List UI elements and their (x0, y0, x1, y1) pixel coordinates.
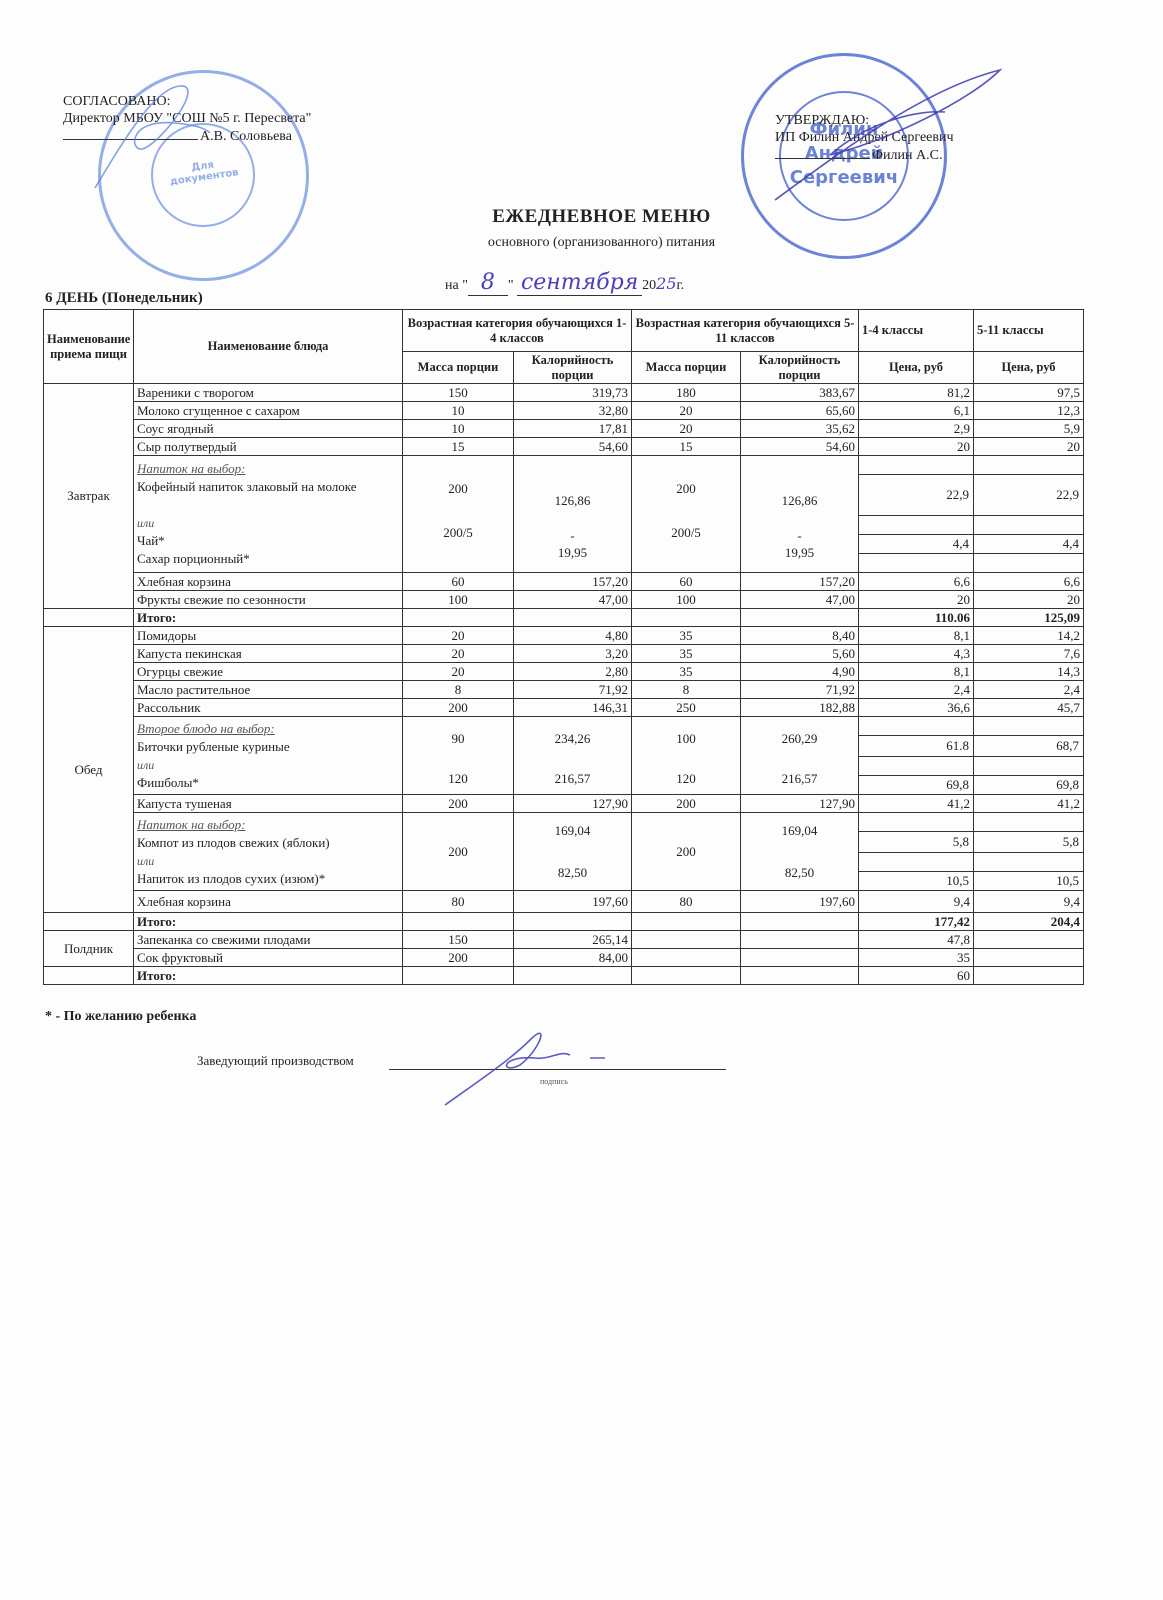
price-value: 4,4 (859, 535, 973, 554)
price-1-4: 2,4 (859, 681, 974, 699)
price-value: 69,8 (859, 776, 973, 794)
mass-5-11: 100120 (632, 717, 741, 795)
calories-5-11: 260,29216,57 (741, 717, 859, 795)
dish-option: Биточки рубленые куриные (137, 738, 399, 756)
table-row: ЗавтракВареники с творогом150319,7318038… (44, 384, 1084, 402)
table-row: Сыр полутвердый1554,601554,602020 (44, 438, 1084, 456)
empty-cell (741, 609, 859, 627)
header-meal: Наименование приема пищи (44, 310, 134, 384)
dish-choice: Напиток на выбор:Компот из плодов свежих… (134, 813, 403, 891)
dish-line (517, 846, 628, 858)
price-empty (974, 516, 1083, 535)
calories-5-11: 182,88 (741, 699, 859, 717)
dish-name: Соус ягодный (134, 420, 403, 438)
total-label: Итого: (134, 913, 403, 931)
table-row: ПолдникЗапеканка со свежими плодами15026… (44, 931, 1084, 949)
or-label: или (137, 514, 399, 532)
price-value: 22,9 (974, 475, 1083, 516)
dish-name: Капуста тушеная (134, 795, 403, 813)
price-5-11: 68,769,8 (974, 717, 1084, 795)
dish-option: Напиток из плодов сухих (изюм)* (137, 870, 399, 888)
table-row: Капуста пекинская203,20355,604,37,6 (44, 645, 1084, 663)
dish-line: 82,50 (744, 858, 855, 888)
price-value: 22,9 (859, 475, 973, 516)
dish-name: Запеканка со свежими плодами (134, 931, 403, 949)
meal-cell-empty (44, 913, 134, 931)
header-calories-2: Калорийность порции (741, 352, 859, 384)
price-value: 68,7 (974, 736, 1083, 757)
price-1-4: 35 (859, 949, 974, 967)
total-label: Итого: (134, 609, 403, 627)
table-row: Хлебная корзина80197,6080197,609,49,4 (44, 891, 1084, 913)
meal-snack: Полдник (44, 931, 134, 967)
calories-5-11: 383,67 (741, 384, 859, 402)
mass-1-4: 8 (403, 681, 514, 699)
dish-line (406, 758, 510, 766)
table-row-second-course-choice: Второе блюдо на выбор:Биточки рубленые к… (44, 717, 1084, 795)
price-empty (859, 717, 973, 736)
dish-name: Вареники с творогом (134, 384, 403, 402)
price-value: 5,8 (859, 832, 973, 853)
dish-option: Сахар порционный* (137, 550, 399, 568)
dish-name: Огурцы свежие (134, 663, 403, 681)
header-price-1-4: 1-4 классы (859, 310, 974, 352)
mass-5-11: 100 (632, 591, 741, 609)
mass-5-11: 250 (632, 699, 741, 717)
mass-1-4: 20 (403, 627, 514, 645)
calories-5-11: 35,62 (741, 420, 859, 438)
menu-table: Наименование приема пищи Наименование бл… (43, 309, 1084, 985)
mass-5-11: 35 (632, 627, 741, 645)
price-5-11: 20 (974, 591, 1084, 609)
calories-5-11: 4,90 (741, 663, 859, 681)
date-year: 25 (656, 274, 676, 293)
empty-cell (632, 609, 741, 627)
dish-line: 169,04 (744, 816, 855, 846)
price-empty (859, 813, 973, 832)
price-empty (859, 456, 973, 475)
header-price-1: Цена, руб (859, 352, 974, 384)
mass-5-11: 80 (632, 891, 741, 913)
dish-name: Помидоры (134, 627, 403, 645)
choice-label: Напиток на выбор: (137, 460, 399, 478)
menu-date: на "8" сентября2025г. (445, 270, 684, 296)
price-1-4: 2,9 (859, 420, 974, 438)
price-5-11: 2,4 (974, 681, 1084, 699)
mass-1-4: 200 (403, 699, 514, 717)
dish-line: 216,57 (517, 766, 628, 792)
total-price-1-4: 110.06 (859, 609, 974, 627)
dish-name: Молоко сгущенное с сахаром (134, 402, 403, 420)
dish-line: 126,86 (744, 492, 855, 510)
date-day: 8 (468, 270, 508, 296)
calories-1-4: 126,86-19,95 (514, 456, 632, 573)
calories-1-4: 4,80 (514, 627, 632, 645)
meal-cell-empty (44, 967, 134, 985)
header-calories-1: Калорийность порции (514, 352, 632, 384)
total-price-5-11: 204,4 (974, 913, 1084, 931)
meal-lunch: Обед (44, 627, 134, 913)
total-price-5-11 (974, 967, 1084, 985)
header-mass-2: Масса порции (632, 352, 741, 384)
price-5-11: 20 (974, 438, 1084, 456)
empty-cell (514, 967, 632, 985)
dish-line (744, 758, 855, 766)
mass-5-11: 35 (632, 663, 741, 681)
dish-line: 260,29 (744, 720, 855, 758)
mass-5-11: 20 (632, 420, 741, 438)
calories-1-4: 54,60 (514, 438, 632, 456)
calories-1-4: 32,80 (514, 402, 632, 420)
calories-1-4: 127,90 (514, 795, 632, 813)
meal-breakfast: Завтрак (44, 384, 134, 609)
page-title: ЕЖЕДНЕВНОЕ МЕНЮ (0, 206, 1163, 228)
price-1-4: 20 (859, 591, 974, 609)
dish-name: Сыр полутвердый (134, 438, 403, 456)
header-group-5-11: Возрастная категория обучающихся 5-11 кл… (632, 310, 859, 352)
calories-1-4: 3,20 (514, 645, 632, 663)
choice-label: Напиток на выбор: (137, 816, 399, 834)
price-empty (859, 516, 973, 535)
price-5-11: 14,2 (974, 627, 1084, 645)
dish-line (635, 498, 737, 524)
mass-5-11 (632, 949, 741, 967)
dish-line (517, 456, 628, 492)
dish-line: 200 (406, 480, 510, 498)
director-signature-icon (85, 78, 215, 198)
mass-1-4: 200 (403, 813, 514, 891)
menu-document: Для документов Филин Андрей Сергеевич СО… (0, 0, 1163, 1600)
dish-option: Фишболы* (137, 774, 399, 792)
mass-1-4: 80 (403, 891, 514, 913)
calories-5-11 (741, 949, 859, 967)
empty-cell (514, 913, 632, 931)
price-1-4: 61.869,8 (859, 717, 974, 795)
dish-line: 19,95 (517, 544, 628, 562)
price-empty (974, 554, 1083, 572)
table-row: Соус ягодный1017,812035,622,95,9 (44, 420, 1084, 438)
calories-5-11: 54,60 (741, 438, 859, 456)
footnote: * - По желанию ребенка (45, 1009, 196, 1025)
price-empty (974, 757, 1083, 776)
calories-5-11: 127,90 (741, 795, 859, 813)
calories-1-4: 17,81 (514, 420, 632, 438)
total-row: Итого:177,42204,4 (44, 913, 1084, 931)
calories-5-11: 47,00 (741, 591, 859, 609)
page-subtitle: основного (организованного) питания (0, 235, 1163, 251)
dish-line: 234,26 (517, 720, 628, 758)
dish-line: 200 (635, 480, 737, 498)
price-1-4: 47,8 (859, 931, 974, 949)
total-row: Итого:110.06125,09 (44, 609, 1084, 627)
price-5-11: 6,6 (974, 573, 1084, 591)
table-row: Сок фруктовый20084,0035 (44, 949, 1084, 967)
price-1-4: 9,4 (859, 891, 974, 913)
mass-1-4: 20 (403, 663, 514, 681)
calories-5-11: 5,60 (741, 645, 859, 663)
empty-cell (514, 609, 632, 627)
calories-1-4: 197,60 (514, 891, 632, 913)
calories-1-4: 2,80 (514, 663, 632, 681)
day-label: 6 ДЕНЬ (Понедельник) (45, 290, 203, 307)
calories-5-11: 65,60 (741, 402, 859, 420)
price-5-11: 5,810,5 (974, 813, 1084, 891)
price-empty (859, 853, 973, 872)
price-5-11: 45,7 (974, 699, 1084, 717)
dish-line (406, 456, 510, 480)
calories-5-11: 157,20 (741, 573, 859, 591)
dish-line: 120 (635, 766, 737, 792)
empty-cell (632, 913, 741, 931)
dish-option: Компот из плодов свежих (яблоки) (137, 834, 399, 852)
dish-line: 120 (406, 766, 510, 792)
dish-line (744, 456, 855, 492)
price-5-11: 97,5 (974, 384, 1084, 402)
price-empty (859, 554, 973, 572)
calories-1-4: 84,00 (514, 949, 632, 967)
table-row-drink-choice: Напиток на выбор:Компот из плодов свежих… (44, 813, 1084, 891)
dish-line (635, 456, 737, 480)
choice-label: Второе блюдо на выбор: (137, 720, 399, 738)
empty-cell (403, 913, 514, 931)
dish-line: - (744, 528, 855, 544)
price-value: 10,5 (859, 872, 973, 890)
calories-1-4: 319,73 (514, 384, 632, 402)
mass-1-4: 10 (403, 402, 514, 420)
approver-signature-icon (770, 60, 1010, 210)
dish-line (517, 510, 628, 528)
dish-name: Масло растительное (134, 681, 403, 699)
dish-name: Хлебная корзина (134, 573, 403, 591)
mass-5-11: 200200/5 (632, 456, 741, 573)
mass-1-4: 10 (403, 420, 514, 438)
price-value: 4,4 (974, 535, 1083, 554)
calories-5-11: 197,60 (741, 891, 859, 913)
mass-5-11: 35 (632, 645, 741, 663)
dish-choice: Напиток на выбор:Кофейный напиток злаков… (134, 456, 403, 573)
dish-line (635, 758, 737, 766)
header-dish: Наименование блюда (134, 310, 403, 384)
or-label: или (137, 852, 399, 870)
table-row: ОбедПомидоры204,80358,408,114,2 (44, 627, 1084, 645)
price-1-4: 36,6 (859, 699, 974, 717)
calories-5-11 (741, 931, 859, 949)
production-manager-label: Заведующий производством (197, 1053, 354, 1069)
manager-signature-icon (440, 1020, 640, 1110)
dish-name: Капуста пекинская (134, 645, 403, 663)
dish-name: Рассольник (134, 699, 403, 717)
price-1-4: 6,6 (859, 573, 974, 591)
header-price-2: Цена, руб (974, 352, 1084, 384)
mass-1-4: 100 (403, 591, 514, 609)
dish-name: Хлебная корзина (134, 891, 403, 913)
total-price-1-4: 177,42 (859, 913, 974, 931)
total-price-1-4: 60 (859, 967, 974, 985)
mass-1-4: 20 (403, 645, 514, 663)
dish-line (744, 846, 855, 858)
dish-name: Фрукты свежие по сезонности (134, 591, 403, 609)
table-row: Масло растительное871,92871,922,42,4 (44, 681, 1084, 699)
calories-1-4: 265,14 (514, 931, 632, 949)
dish-line: 216,57 (744, 766, 855, 792)
mass-5-11: 60 (632, 573, 741, 591)
header-mass-1: Масса порции (403, 352, 514, 384)
price-1-4: 81,2 (859, 384, 974, 402)
mass-1-4: 200200/5 (403, 456, 514, 573)
mass-1-4: 150 (403, 384, 514, 402)
mass-5-11: 20 (632, 402, 741, 420)
header-group-1-4: Возрастная категория обучающихся 1-4 кла… (403, 310, 632, 352)
price-5-11 (974, 949, 1084, 967)
dish-line: 82,50 (517, 858, 628, 888)
price-1-4: 8,1 (859, 627, 974, 645)
calories-1-4: 169,0482,50 (514, 813, 632, 891)
empty-cell (403, 609, 514, 627)
calories-1-4: 157,20 (514, 573, 632, 591)
price-1-4: 4,3 (859, 645, 974, 663)
header-price-5-11: 5-11 классы (974, 310, 1084, 352)
empty-cell (741, 967, 859, 985)
price-1-4: 41,2 (859, 795, 974, 813)
price-1-4: 6,1 (859, 402, 974, 420)
dish-line: 19,95 (744, 544, 855, 562)
mass-1-4: 200 (403, 795, 514, 813)
price-empty (859, 757, 973, 776)
price-1-4: 8,1 (859, 663, 974, 681)
price-value: 69,8 (974, 776, 1083, 794)
calories-1-4: 71,92 (514, 681, 632, 699)
mass-1-4: 200 (403, 949, 514, 967)
price-value: 5,8 (974, 832, 1083, 853)
dish-line: 169,04 (517, 816, 628, 846)
calories-1-4: 146,31 (514, 699, 632, 717)
dish-line (137, 496, 399, 514)
dish-line (744, 510, 855, 528)
meal-cell-empty (44, 609, 134, 627)
calories-1-4: 234,26216,57 (514, 717, 632, 795)
empty-cell (632, 967, 741, 985)
total-label: Итого: (134, 967, 403, 985)
dish-name: Сок фруктовый (134, 949, 403, 967)
price-5-11: 5,9 (974, 420, 1084, 438)
dish-line: 200/5 (406, 524, 510, 542)
mass-1-4: 60 (403, 573, 514, 591)
dish-line: 90 (406, 720, 510, 758)
calories-5-11: 169,0482,50 (741, 813, 859, 891)
price-5-11: 41,2 (974, 795, 1084, 813)
dish-line: 126,86 (517, 492, 628, 510)
dish-line: 100 (635, 720, 737, 758)
mass-5-11 (632, 931, 741, 949)
mass-5-11: 15 (632, 438, 741, 456)
table-row: Фрукты свежие по сезонности10047,0010047… (44, 591, 1084, 609)
price-5-11: 22,94,4 (974, 456, 1084, 573)
calories-5-11: 126,86-19,95 (741, 456, 859, 573)
price-5-11: 9,4 (974, 891, 1084, 913)
price-5-11 (974, 931, 1084, 949)
price-5-11: 7,6 (974, 645, 1084, 663)
empty-cell (741, 913, 859, 931)
table-row: Хлебная корзина60157,2060157,206,66,6 (44, 573, 1084, 591)
dish-line (406, 498, 510, 524)
dish-choice: Второе блюдо на выбор:Биточки рубленые к… (134, 717, 403, 795)
mass-5-11: 200 (632, 795, 741, 813)
calories-1-4: 47,00 (514, 591, 632, 609)
mass-1-4: 150 (403, 931, 514, 949)
dish-line: 200/5 (635, 524, 737, 542)
or-label: или (137, 756, 399, 774)
empty-cell (403, 967, 514, 985)
price-empty (974, 853, 1083, 872)
total-row: Итого:60 (44, 967, 1084, 985)
calories-5-11: 8,40 (741, 627, 859, 645)
price-5-11: 14,3 (974, 663, 1084, 681)
price-empty (974, 717, 1083, 736)
date-month: сентября (517, 270, 642, 296)
mass-5-11: 180 (632, 384, 741, 402)
mass-5-11: 8 (632, 681, 741, 699)
dish-option: Чай* (137, 532, 399, 550)
table-row: Капуста тушеная200127,90200127,9041,241,… (44, 795, 1084, 813)
mass-5-11: 200 (632, 813, 741, 891)
mass-1-4: 90120 (403, 717, 514, 795)
table-row-drink-choice: Напиток на выбор:Кофейный напиток злаков… (44, 456, 1084, 573)
table-row: Огурцы свежие202,80354,908,114,3 (44, 663, 1084, 681)
price-value: 61.8 (859, 736, 973, 757)
price-empty (974, 456, 1083, 475)
table-row: Молоко сгущенное с сахаром1032,802065,60… (44, 402, 1084, 420)
mass-1-4: 15 (403, 438, 514, 456)
price-1-4: 22,94,4 (859, 456, 974, 573)
total-price-5-11: 125,09 (974, 609, 1084, 627)
dish-line (517, 758, 628, 766)
price-1-4: 20 (859, 438, 974, 456)
calories-5-11: 71,92 (741, 681, 859, 699)
dish-option: Кофейный напиток злаковый на молоке (137, 478, 399, 496)
price-empty (974, 813, 1083, 832)
price-5-11: 12,3 (974, 402, 1084, 420)
price-value: 10,5 (974, 872, 1083, 890)
table-row: Рассольник200146,31250182,8836,645,7 (44, 699, 1084, 717)
dish-line: - (517, 528, 628, 544)
price-1-4: 5,810,5 (859, 813, 974, 891)
